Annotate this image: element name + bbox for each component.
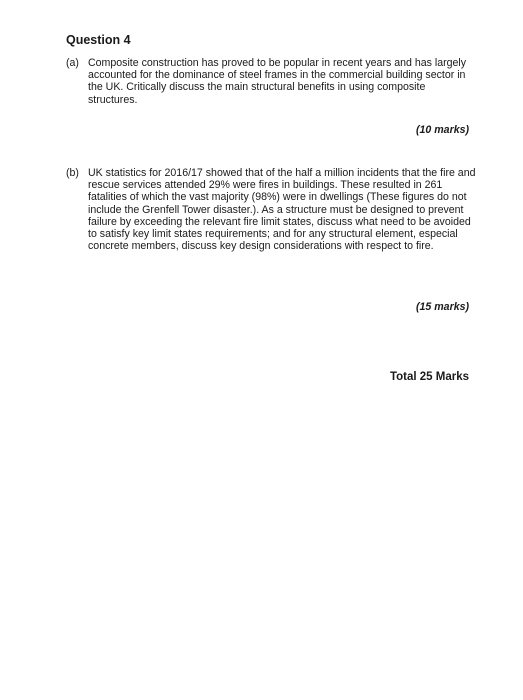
part-a-marks: (10 marks) [416, 124, 469, 136]
question-title: Question 4 [66, 33, 131, 47]
part-b-label: (b) [66, 167, 79, 179]
part-a-label: (a) [66, 57, 79, 69]
question-part-a: (a) Composite construction has proved to… [66, 57, 476, 106]
part-b-marks: (15 marks) [416, 301, 469, 313]
part-b-text: UK statistics for 2016/17 showed that of… [88, 167, 476, 252]
question-part-b: (b) UK statistics for 2016/17 showed tha… [66, 167, 476, 252]
total-marks: Total 25 Marks [390, 371, 469, 383]
part-a-text: Composite construction has proved to be … [88, 57, 476, 106]
